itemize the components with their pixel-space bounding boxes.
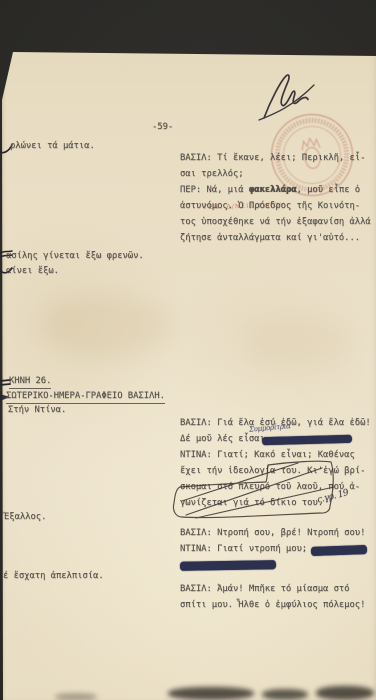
- dialogue-line: ΒΑΣΙΛ: Ἀμάν! Μπῆκε τό μίασμα στό: [180, 584, 349, 595]
- dialogue-text: , μοῦ εἶπε ὁ: [297, 185, 361, 195]
- scene-number-heading: ΚΗΝΗ 26.: [9, 376, 51, 389]
- dialogue-text: ΠΕΡ: Νά, μιά: [180, 185, 249, 195]
- margin-note: αίνει ἔξω.: [6, 266, 59, 277]
- scene-direction: Στήν Ντίνα.: [8, 405, 66, 416]
- margin-note: ρλώνει τά μάτια.: [10, 141, 95, 152]
- margin-note: Ἔξαλλος.: [4, 512, 46, 523]
- dialogue-line: ΝΤΙΝΑ: Γιατί ντροπή μου;: [180, 544, 307, 555]
- dialogue-line: τος ὑποσχέθηκε νά τήν ἐξαφανίση ἀλλά: [180, 217, 371, 228]
- dialogue-line: ζήτησε ἀνταλλάγματα καί γι'αὐτό...: [180, 233, 360, 244]
- dialogue-line: Δέ μοῦ λές εἶσαι: [180, 434, 265, 445]
- redaction-bar: [180, 560, 276, 571]
- overtyped-word: φακελλάρα: [249, 185, 297, 195]
- margin-note: έ ἔσχατη ἀπελπισία.: [3, 571, 104, 582]
- showthrough-smudge: [168, 687, 254, 700]
- dialogue-line: σαι τρελλός;: [180, 169, 244, 180]
- page-number: -59-: [152, 122, 173, 133]
- dialogue-line: ἀστυνόμος. Ὁ Πρόεδρος τῆς Κοινότη-: [180, 201, 360, 212]
- scanned-script-page: ΓΕΝ. Δ/ΝΣΙΣ ΤΥΠΟΥ -59- ρλώνει τά μάτια. …: [0, 0, 376, 700]
- showthrough-smudge: [316, 686, 374, 700]
- scene-slug-heading: ΣΩΤΕΡΙΚΟ-ΗΜΕΡΑ-ΓΡΑΦΕΙΟ ΒΑΣΙΛΗ.: [6, 391, 165, 404]
- showthrough-smudge: [55, 693, 97, 700]
- margin-note: ασίλης γίνεται ἔξω φρενῶν.: [6, 251, 144, 262]
- dialogue-line: ΠΕΡ: Νά, μιά φακελλάρα, μοῦ εἶπε ὁ: [180, 185, 360, 196]
- dialogue-line: ΒΑΣΙΛ: Ντροπή σου, βρέ! Ντροπή σου!: [180, 528, 365, 539]
- dialogue-line: σπίτι μου. Ἦλθε ὁ ἐμφύλιος πόλεμος!: [180, 600, 365, 611]
- dialogue-line: ΒΑΣΙΛ: Τί ἔκανε, λέει; Περικλῆ, εἶ-: [180, 153, 365, 164]
- showthrough-smudge: [262, 689, 308, 700]
